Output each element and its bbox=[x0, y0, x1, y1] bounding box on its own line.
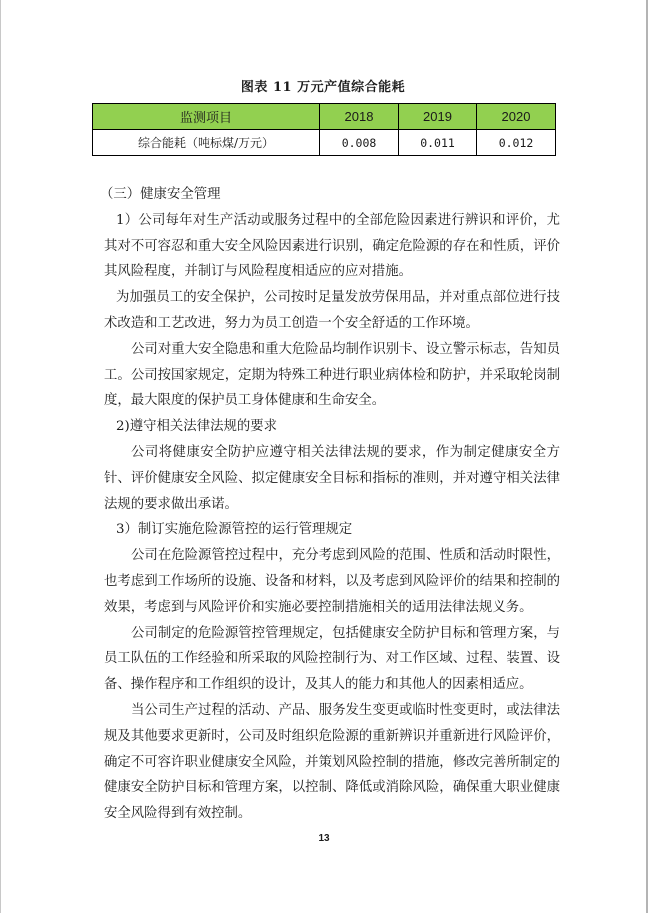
value-2020: 0.012 bbox=[477, 130, 556, 156]
paragraph-7: 当公司生产过程的活动、产品、服务发生变更或临时性变更时，或法律法规及其他要求更新… bbox=[104, 698, 560, 827]
paragraph-4: 公司将健康安全防护应遵守相关法律法规的要求，作为制定健康安全方针、评价健康安全风… bbox=[104, 440, 560, 517]
document-body: （三）健康安全管理 1）公司每年对生产活动或服务过程中的全部危险因素进行辨识和评… bbox=[104, 182, 560, 827]
subheading-2: 2)遵守相关法律法规的要求 bbox=[104, 414, 560, 440]
table-header-row: 监测项目 2018 2019 2020 bbox=[93, 104, 556, 130]
page-border-left bbox=[0, 0, 1, 913]
column-header-2018: 2018 bbox=[320, 104, 399, 130]
paragraph-1: 1）公司每年对生产活动或服务过程中的全部危险因素进行辨识和评价，尤其对不可容忍和… bbox=[104, 208, 560, 285]
energy-consumption-table: 监测项目 2018 2019 2020 综合能耗（吨标煤/万元） 0.008 0… bbox=[92, 103, 556, 156]
column-header-item: 监测项目 bbox=[93, 104, 320, 130]
paragraph-6: 公司制定的危险源管控管理规定，包括健康安全防护目标和管理方案，与员工队伍的工作经… bbox=[104, 621, 560, 698]
paragraph-5: 公司在危险源管控过程中，充分考虑到风险的范围、性质和活动时限性，也考虑到工作场所… bbox=[104, 543, 560, 620]
paragraph-3: 公司对重大安全隐患和重大危险品均制作识别卡、设立警示标志，告知员工。公司按国家规… bbox=[104, 337, 560, 414]
row-label: 综合能耗（吨标煤/万元） bbox=[93, 130, 320, 156]
table-row: 综合能耗（吨标煤/万元） 0.008 0.011 0.012 bbox=[93, 130, 556, 156]
table-caption: 图表 11 万元产值综合能耗 bbox=[92, 76, 554, 95]
value-2018: 0.008 bbox=[320, 130, 399, 156]
section-heading: （三）健康安全管理 bbox=[100, 182, 560, 208]
value-2019: 0.011 bbox=[399, 130, 477, 156]
subheading-3: 3）制订实施危险源管控的运行管理规定 bbox=[104, 517, 560, 543]
column-header-2020: 2020 bbox=[477, 104, 556, 130]
column-header-2019: 2019 bbox=[399, 104, 477, 130]
paragraph-2: 为加强员工的安全保护，公司按时足量发放劳保用品，并对重点部位进行技术改造和工艺改… bbox=[104, 285, 560, 337]
page-number: 13 bbox=[0, 833, 648, 844]
